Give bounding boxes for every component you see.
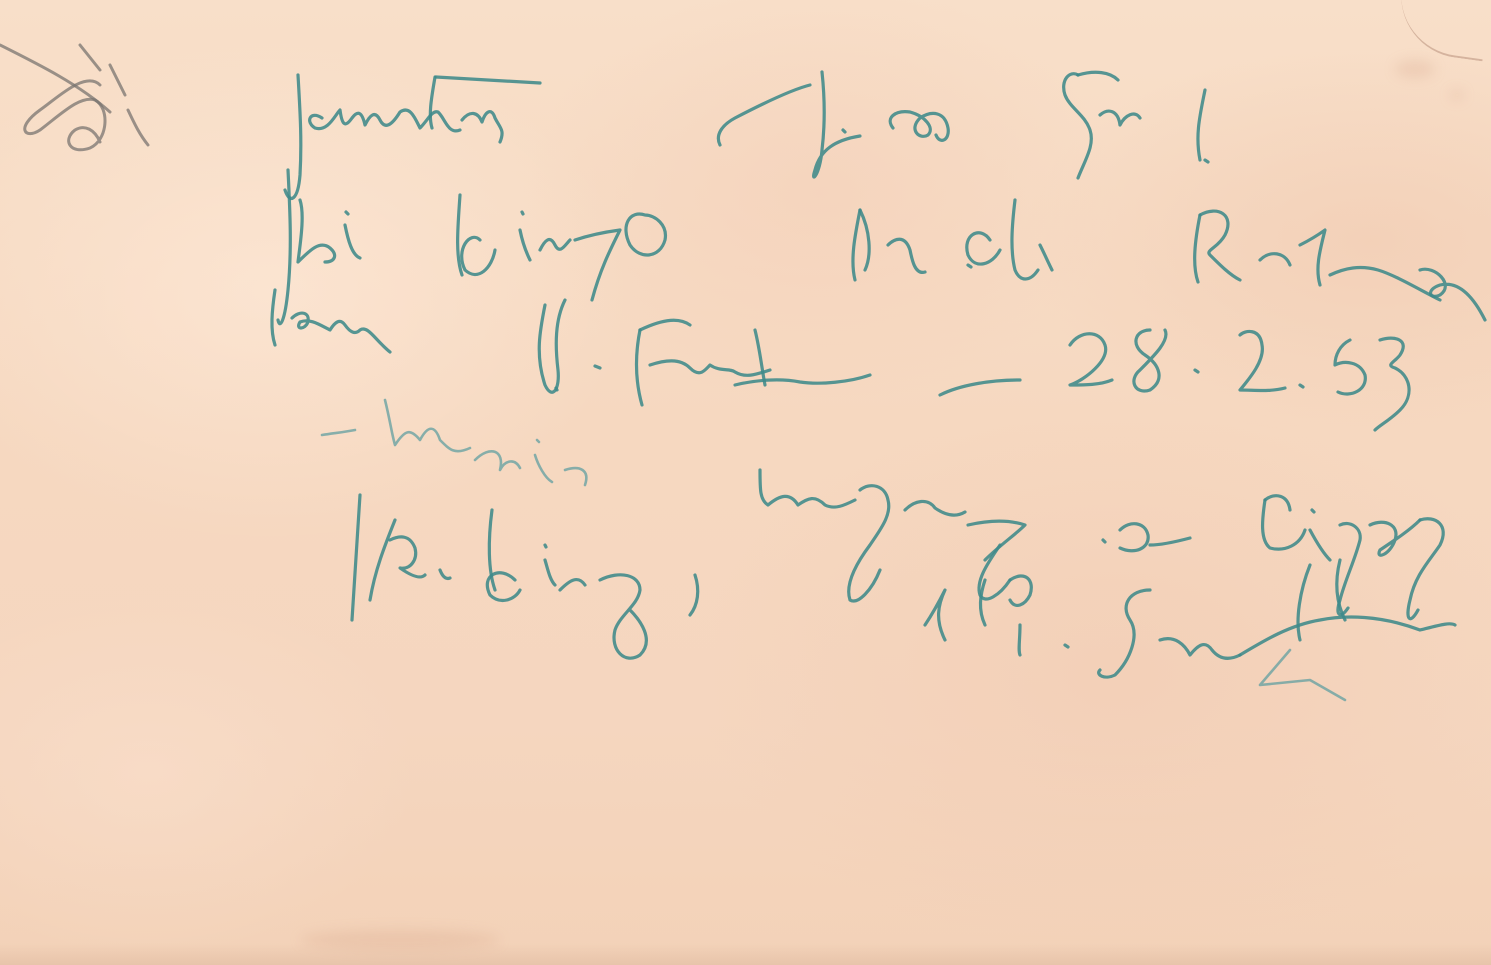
- line-5-ink: [352, 495, 1455, 700]
- handwritten-note: [0, 0, 1491, 965]
- line-2-ink: [278, 170, 1485, 324]
- line-1-ink: [285, 72, 1208, 198]
- photo-back-paper: Si Jantar of. ao Gal. José Diogo Br. da …: [0, 0, 1491, 965]
- line-4-ink: [322, 400, 1443, 619]
- line-3-ink: [272, 290, 1409, 430]
